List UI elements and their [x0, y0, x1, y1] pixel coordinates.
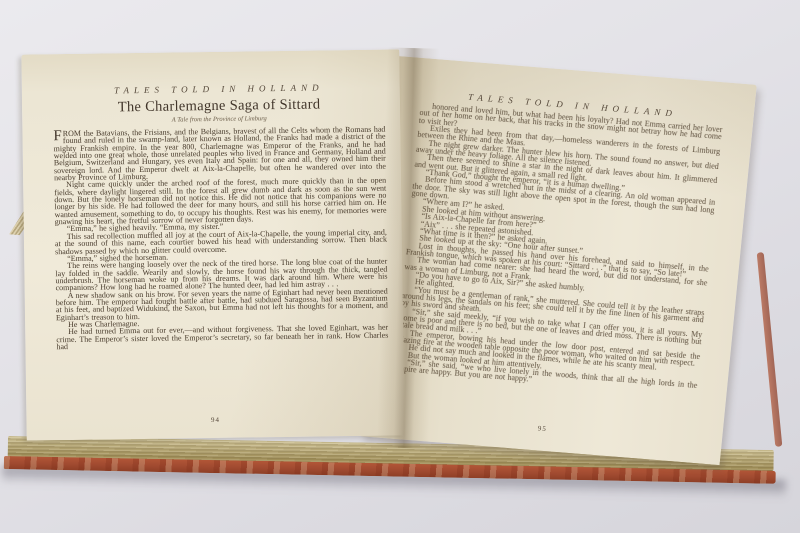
right-page-content: TALES TOLD IN HOLLAND honored and loved … — [361, 56, 757, 465]
paragraph: A new shadow sank on his brow. For seven… — [56, 287, 388, 321]
left-page: TALES TOLD IN HOLLAND The Charlemagne Sa… — [21, 49, 404, 440]
page-number-left: 94 — [26, 413, 404, 426]
page-number-right: 95 — [362, 410, 722, 447]
paragraph: FROM the Batavians, the Frisians, and th… — [53, 126, 386, 182]
right-page-text: honored and loved him, but what had been… — [394, 102, 723, 397]
left-page-content: TALES TOLD IN HOLLAND The Charlemagne Sa… — [21, 49, 404, 440]
right-page: TALES TOLD IN HOLLAND honored and loved … — [361, 56, 757, 465]
paragraph: He had turned Emma out for ever,—and wit… — [56, 324, 388, 351]
paragraph: Night came quickly under the arched roof… — [54, 177, 387, 226]
book-cover-right-edge — [757, 252, 783, 447]
right-page-paragraphs: honored and loved him, but what had been… — [394, 102, 723, 397]
paragraph-text: ROM the Batavians, the Frisians, and the… — [54, 125, 386, 183]
left-page-paragraphs: Night came quickly under the arched roof… — [54, 177, 388, 351]
left-page-text: FROM the Batavians, the Frisians, and th… — [53, 126, 388, 351]
running-head-left: TALES TOLD IN HOLLAND — [53, 82, 385, 97]
photo-background: TALES TOLD IN HOLLAND The Charlemagne Sa… — [0, 0, 800, 533]
